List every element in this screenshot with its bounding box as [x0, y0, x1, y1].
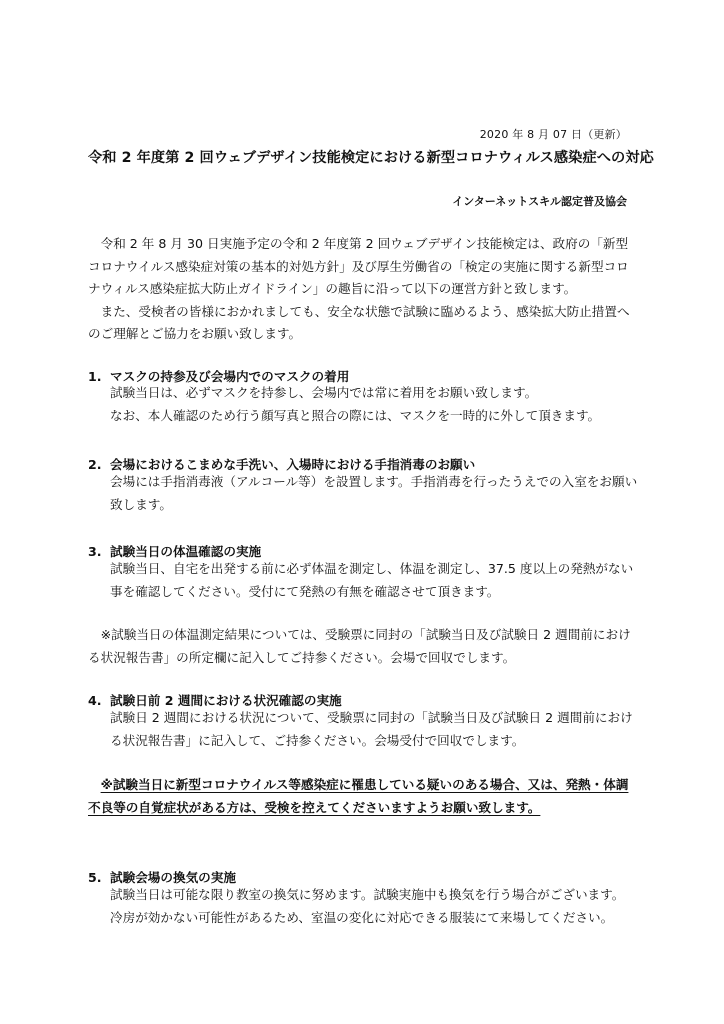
- section-title: 試験日前 2 週間における状況確認の実施: [110, 693, 342, 708]
- section-text: 冷房が効かない可能性があるため、室温の変化に対応できる服装にて来場してください。: [110, 907, 640, 930]
- section-text: 試験当日は、必ずマスクを持参し、会場内では常に着用をお願い致します。: [110, 382, 640, 405]
- section-body-2: 会場には手指消毒液（アルコール等）を設置します。手指消毒を行ったうえでの入室をお…: [110, 471, 640, 516]
- section-text: なお、本人確認のため行う顔写真と照合の際には、マスクを一時的に外して頂きます。: [110, 405, 640, 428]
- warning-text: ※試験当日に新型コロナウイルス等感染症に罹患している疑いのある場合、又は、発熱・…: [88, 774, 638, 819]
- update-date: 2020 年 8 月 07 日（更新）: [480, 126, 627, 142]
- section-note-3: ※試験当日の体温測定結果については、受験票に同封の「試験当日及び試験日 2 週間…: [88, 624, 638, 669]
- intro-section: 令和 2 年 8 月 30 日実施予定の令和 2 年度第 2 回ウェブデザイン技…: [88, 233, 638, 346]
- section-text: 試験当日、自宅を出発する前に必ず体温を測定し、体温を測定し、37.5 度以上の発…: [110, 558, 640, 603]
- section-body-5: 試験当日は可能な限り教室の換気に努めます。試験実施中も換気を行う場合がございます…: [110, 884, 640, 929]
- organization-name: インターネットスキル認定普及協会: [452, 193, 627, 209]
- section-text: 会場には手指消毒液（アルコール等）を設置します。手指消毒を行ったうえでの入室をお…: [110, 471, 640, 516]
- section-number: 4.: [88, 693, 110, 708]
- document-page: 2020 年 8 月 07 日（更新） 令和 2 年度第 2 回ウェブデザイン技…: [0, 0, 724, 1024]
- section-number: 3.: [88, 544, 110, 559]
- document-title: 令和 2 年度第 2 回ウェブデザイン技能検定における新型コロナウィルス感染症へ…: [88, 147, 654, 167]
- section-number: 5.: [88, 870, 110, 885]
- section-number: 2.: [88, 457, 110, 472]
- section-body-4: 試験日 2 週間における状況について、受験票に同封の「試験当日及び試験日 2 週…: [110, 707, 640, 752]
- section-body-3: 試験当日、自宅を出発する前に必ず体温を測定し、体温を測定し、37.5 度以上の発…: [110, 558, 640, 603]
- section-body-1: 試験当日は、必ずマスクを持参し、会場内では常に着用をお願い致します。 なお、本人…: [110, 382, 640, 427]
- intro-paragraph: また、受検者の皆様におかれましても、安全な状態で試験に臨めるよう、感染拡大防止措…: [88, 301, 638, 346]
- section-title: 試験会場の換気の実施: [110, 870, 236, 885]
- section-title: 試験当日の体温確認の実施: [110, 544, 261, 559]
- section-title: 会場におけるこまめな手洗い、入場時における手指消毒のお願い: [110, 457, 475, 472]
- note-text: ※試験当日の体温測定結果については、受験票に同封の「試験当日及び試験日 2 週間…: [88, 624, 638, 669]
- section-warning-4: ※試験当日に新型コロナウイルス等感染症に罹患している疑いのある場合、又は、発熱・…: [88, 774, 638, 819]
- intro-paragraph: 令和 2 年 8 月 30 日実施予定の令和 2 年度第 2 回ウェブデザイン技…: [88, 233, 638, 301]
- section-number: 1.: [88, 369, 110, 384]
- section-text: 試験当日は可能な限り教室の換気に努めます。試験実施中も換気を行う場合がございます…: [110, 884, 640, 907]
- section-text: 試験日 2 週間における状況について、受験票に同封の「試験当日及び試験日 2 週…: [110, 707, 640, 752]
